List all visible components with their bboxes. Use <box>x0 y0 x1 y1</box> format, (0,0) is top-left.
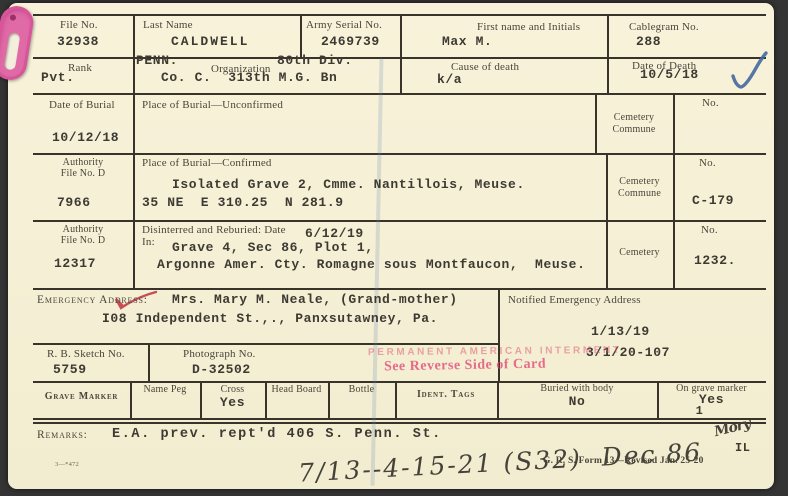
rb-sketch-value: 5759 <box>53 362 87 377</box>
cemetery-commune-label: Cemetery <box>595 112 673 123</box>
in-label: In: <box>142 236 155 248</box>
buried-with-body-label: Buried with body <box>497 383 657 394</box>
cablegram-label: Cablegram No. <box>629 21 699 33</box>
grid-line-h <box>33 418 766 420</box>
date-of-burial-label: Date of Burial <box>49 99 115 111</box>
file-no-value: 32938 <box>57 34 99 49</box>
authority-file-value: 12317 <box>54 256 96 271</box>
last-name-label: Last Name <box>143 19 193 31</box>
first-name-value: Max M. <box>442 34 492 49</box>
army-serial-label: Army Serial No. <box>306 19 382 31</box>
rank-value: Pvt. <box>41 70 75 85</box>
cross-label: Cross <box>200 384 265 395</box>
grave-no-label: No. <box>699 157 716 169</box>
first-name-label: First name and Initials <box>477 21 580 33</box>
see-reverse-stamp: See Reverse Side of Card <box>384 357 546 376</box>
clerk-initials: IL <box>735 441 751 455</box>
notified-address-label: Notified Emergency Address <box>508 294 641 306</box>
division-value: 80th Div. <box>277 53 353 68</box>
on-grave-marker-count: 1 <box>645 404 754 418</box>
grid-line-v <box>607 14 609 93</box>
grid-line-v <box>400 14 402 93</box>
photograph-label: Photograph No. <box>183 348 255 360</box>
grave-marker-label: Grave Marker <box>33 391 130 402</box>
army-serial-value: 2469739 <box>321 34 380 49</box>
scanned-burial-card-page: File No. 32938 Last Name CALDWELL Army S… <box>0 0 788 496</box>
grid-line-h <box>33 153 766 155</box>
head-board-label: Head Board <box>265 384 328 395</box>
grid-line-v <box>300 14 302 57</box>
grid-line-v <box>595 93 597 153</box>
buried-with-body-value: No <box>497 394 657 409</box>
state-value: PENN. <box>136 53 178 68</box>
remarks-label: Remarks: <box>37 429 88 441</box>
place-confirmed-line1: Isolated Grave 2, Cmme. Nantillois, Meus… <box>172 177 525 192</box>
reburial-grave-line2: Argonne Amer. Cty. Romagne sous Montfauc… <box>157 257 585 272</box>
cross-value: Yes <box>200 395 265 410</box>
authority-label: Authority <box>33 157 133 168</box>
blue-pen-checkmark <box>728 46 772 94</box>
grid-line-h <box>33 422 766 424</box>
place-confirmed-line2: 35 NE E 310.25 N 281.9 <box>142 195 344 210</box>
cemetery-commune-label: Commune <box>606 188 673 199</box>
form-id: G. R. S. Form 13—Revised Jan. 25-20 <box>543 456 704 466</box>
rb-sketch-label: R. B. Sketch No. <box>47 348 125 360</box>
grid-line-h <box>33 343 498 345</box>
photograph-value: D-32502 <box>192 362 251 377</box>
cemetery-commune-label: Cemetery <box>606 176 673 187</box>
disinterred-date-value: 6/12/19 <box>305 226 364 241</box>
ident-tags-label: Ident. Tags <box>395 389 497 400</box>
place-unconfirmed-label: Place of Burial—Unconfirmed <box>142 99 283 111</box>
grave-no-value: 1232. <box>694 253 736 268</box>
reburial-grave-line1: Grave 4, Sec 86, Plot 1, <box>172 240 374 255</box>
emergency-address-label: Emergency Address: <box>37 294 148 306</box>
cablegram-value: 288 <box>636 34 661 49</box>
date-of-burial-value: 10/12/18 <box>52 130 119 145</box>
unit-value: Co. C. 313th M.G. Bn <box>161 70 337 85</box>
grid-line-v <box>606 153 608 288</box>
grave-no-value: C-179 <box>692 193 734 208</box>
emergency-address-line1: Mrs. Mary M. Neale, (Grand-mother) <box>172 292 458 307</box>
grid-line-v <box>133 14 135 288</box>
emergency-address-line2: I08 Independent St.,., Panxsutawney, Pa. <box>102 311 438 326</box>
remarks-value: E.A. prev. rept'd 406 S. Penn. St. <box>112 427 442 442</box>
grave-no-label: No. <box>702 97 719 109</box>
grid-line-h <box>33 220 766 222</box>
print-code: 3—*472 <box>55 461 79 468</box>
notified-date1-value: 1/13/19 <box>591 324 650 339</box>
file-no-label: File No. <box>60 19 98 31</box>
grid-line-v <box>148 343 150 381</box>
last-name-value: CALDWELL <box>171 34 249 49</box>
date-of-death-value: 10/5/18 <box>640 67 699 82</box>
permanent-interment-stamp: PERMANENT AMERICAN INTERMENT <box>368 345 622 358</box>
cemetery-label: Cemetery <box>606 247 673 258</box>
cause-of-death-value: k/a <box>437 72 462 87</box>
name-peg-label: Name Peg <box>130 384 200 395</box>
authority-label: File No. D <box>33 235 133 246</box>
disinterred-label: Disinterred and Reburied: Date <box>142 224 286 236</box>
grave-no-label: No. <box>701 224 718 236</box>
grid-line-v <box>673 93 675 288</box>
place-confirmed-label: Place of Burial—Confirmed <box>142 157 272 169</box>
cemetery-commune-label: Commune <box>595 124 673 135</box>
authority-label: Authority <box>33 224 133 235</box>
bottle-label: Bottle <box>328 384 395 395</box>
grid-line-h <box>33 93 766 95</box>
authority-label: File No. D <box>33 168 133 179</box>
authority-file-value: 7966 <box>57 195 91 210</box>
